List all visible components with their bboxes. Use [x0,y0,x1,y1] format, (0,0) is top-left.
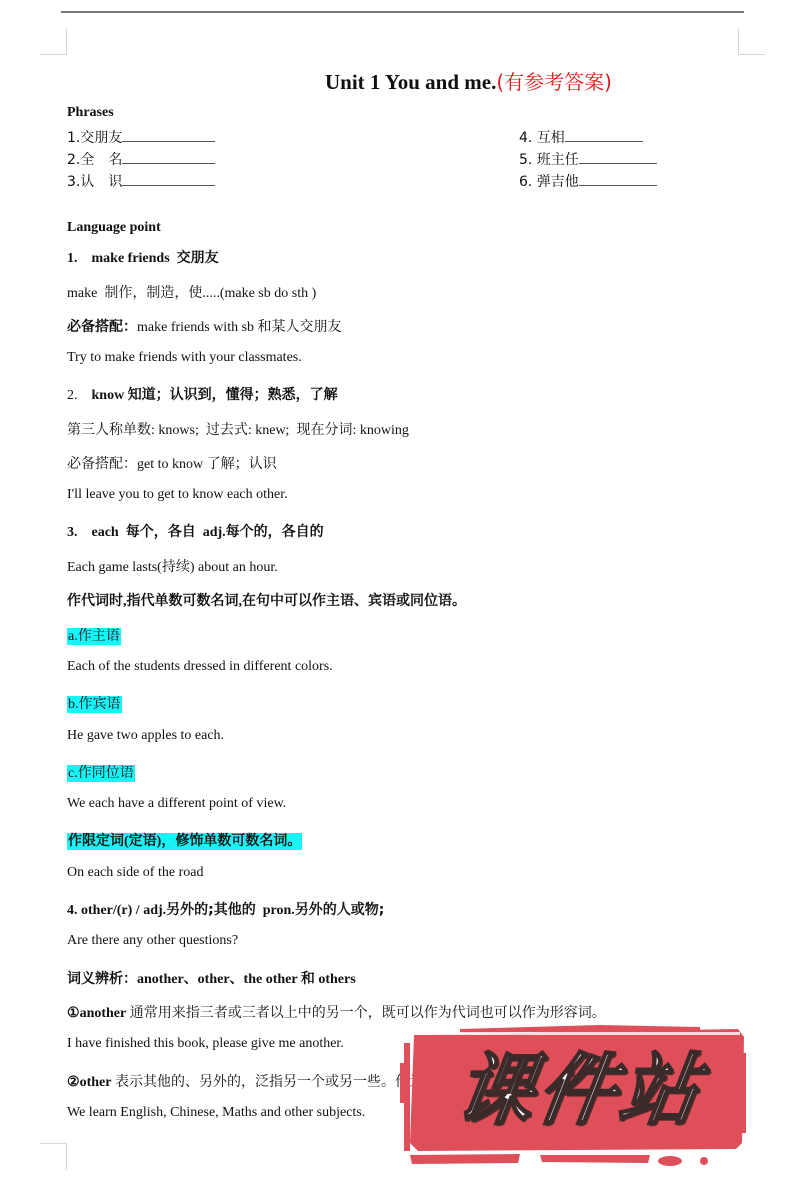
point-3-usage-c: c.作同位语 [67,762,135,782]
point-3-usage-a-example: Each of the students dressed in differen… [67,659,333,675]
point-4-item-other-example: We learn English, Chinese, Maths and oth… [67,1105,365,1121]
phrases-heading: Phrases [67,105,114,121]
page-corner-mark-bottom-left [40,1143,67,1170]
point-2-example: I'll leave you to get to know each other… [67,487,288,503]
highlighted-label: c.作同位语 [67,765,135,782]
answer-blank[interactable] [122,127,215,142]
collocation-zh: 和某人交朋友 [258,319,342,335]
form-value: : knowing [352,423,408,438]
item-word: other [80,1075,112,1090]
point-meaning-adj: 另外的;其他的 [166,902,256,918]
page-top-rule [61,11,744,13]
point-term: make friends [92,251,170,266]
point-1-example: Try to make friends with your classmates… [67,350,302,366]
phrase-label: 3.认 识 [67,174,122,190]
point-3-determiner-note: 作限定词(定语)，修饰单数可数名词。 [67,830,302,850]
phrase-label: 6. 弹吉他 [519,174,579,190]
point-3-heading: 3. each 每个，各自 adj.每个的，各自的 [67,521,324,541]
point-2-forms: 第三人称单数: knows; 过去式: knew; 现在分词: knowing [67,419,409,439]
point-meaning: 交朋友 [177,250,219,266]
form-label: 现在分词 [296,422,352,438]
form-value: : knew; [248,423,290,438]
language-point-heading: Language point [67,220,161,236]
point-4-example: Are there any other questions? [67,933,238,949]
stamp-text: 课件站 [427,1041,731,1141]
point-number: 3. [67,525,78,540]
point-3-usage-b: b.作宾语 [67,693,122,713]
compare-label: 词义辨析： [67,971,137,987]
example-text: ) about an hour. [190,560,278,575]
watermark-stamp: 课件站 [400,1023,748,1173]
answer-blank[interactable] [565,127,643,142]
point-number: 2. [67,388,78,403]
point-term: each [92,525,119,540]
item-marker: ① [67,1006,80,1021]
collocation-label: 必备搭配： [67,456,137,472]
point-4-compare-heading: 词义辨析：another、other、the other 和 others [67,968,356,988]
answer-blank[interactable] [122,171,215,186]
point-4-item-another-example: I have finished this book, please give m… [67,1036,344,1052]
compare-words: another、other、the other 和 others [137,972,356,987]
point-3-example: Each game lasts(持续) about an hour. [67,556,278,576]
highlighted-label: a.作主语 [67,628,121,645]
answer-blank[interactable] [579,171,657,186]
page-corner-mark-top-left [40,28,67,55]
item-word: another [80,1006,127,1021]
collocation-en: get to know [137,457,203,472]
phrase-item-5: 5. 班主任 [519,149,657,169]
part-of-speech: adj. [203,525,226,540]
point-meaning-adj: 每个的，各自的 [226,524,324,540]
collocation-en: make friends with sb [137,320,254,335]
collocation-label: 必备搭配： [67,319,137,335]
collocation-zh: 了解；认识 [207,456,277,472]
form-value: : knows; [151,423,199,438]
point-number: 1. [67,251,78,266]
phrase-label: 4. 互相 [519,130,565,146]
page-corner-mark-top-right [738,28,765,55]
answer-blank[interactable] [579,149,657,164]
point-3-usage-a: a.作主语 [67,625,121,645]
title-text: Unit 1 You and me. [325,70,496,94]
point-term: 4. other/(r) / adj. [67,903,166,918]
phrase-label: 2.全 名 [67,152,122,168]
example-text: Each game lasts( [67,560,162,575]
phrase-label: 5. 班主任 [519,152,579,168]
point-3-usage-b-example: He gave two apples to each. [67,728,224,744]
document-title: Unit 1 You and me.(有参考答案) [325,66,612,95]
term: make [67,286,97,301]
phrase-item-6: 6. 弹吉他 [519,171,657,191]
phrase-item-1: 1.交朋友 [67,127,215,147]
title-answer-note: (有参考答案) [496,70,612,94]
point-2-heading: 2. know 知道；认识到，懂得；熟悉，了解 [67,384,338,404]
point-meaning: 知道；认识到，懂得；熟悉，了解 [128,387,338,403]
usage: .....(make sb do sth ) [202,286,316,301]
item-description: 通常用来指三者或三者以上中的另一个，既可以作为代词也可以作为形容词。 [130,1005,606,1021]
point-3-pronoun-note: 作代词时,指代单数可数名词,在句中可以作主语、宾语或同位语。 [67,590,466,610]
item-marker: ② [67,1075,80,1090]
part-of-speech: pron. [263,903,295,918]
answer-blank[interactable] [122,149,215,164]
point-1-definition: make 制作，制造，使.....(make sb do sth ) [67,282,316,302]
gloss: 持续 [162,559,190,575]
point-meaning-pron: 另外的人或物; [295,902,385,918]
highlighted-label: b.作宾语 [67,696,122,713]
phrase-item-4: 4. 互相 [519,127,643,147]
point-4-item-another: ①another 通常用来指三者或三者以上中的另一个，既可以作为代词也可以作为形… [67,1002,606,1022]
point-term: know [92,388,125,403]
point-meaning: 每个，各自 [126,524,196,540]
phrase-item-2: 2.全 名 [67,149,215,169]
form-label: 第三人称单数 [67,422,151,438]
form-label: 过去式 [206,422,248,438]
point-3-usage-c-example: We each have a different point of view. [67,796,286,812]
point-2-collocation: 必备搭配：get to know 了解；认识 [67,453,277,473]
point-3-determiner-example: On each side of the road [67,865,203,881]
meaning: 制作，制造，使 [104,285,202,301]
highlighted-note: 作限定词(定语)，修饰单数可数名词。 [67,833,302,850]
phrase-label: 1.交朋友 [67,130,122,146]
point-1-collocation: 必备搭配：make friends with sb 和某人交朋友 [67,316,342,336]
point-1-heading: 1. make friends 交朋友 [67,247,219,267]
point-4-heading: 4. other/(r) / adj.另外的;其他的 pron.另外的人或物; [67,899,384,919]
phrase-item-3: 3.认 识 [67,171,215,191]
